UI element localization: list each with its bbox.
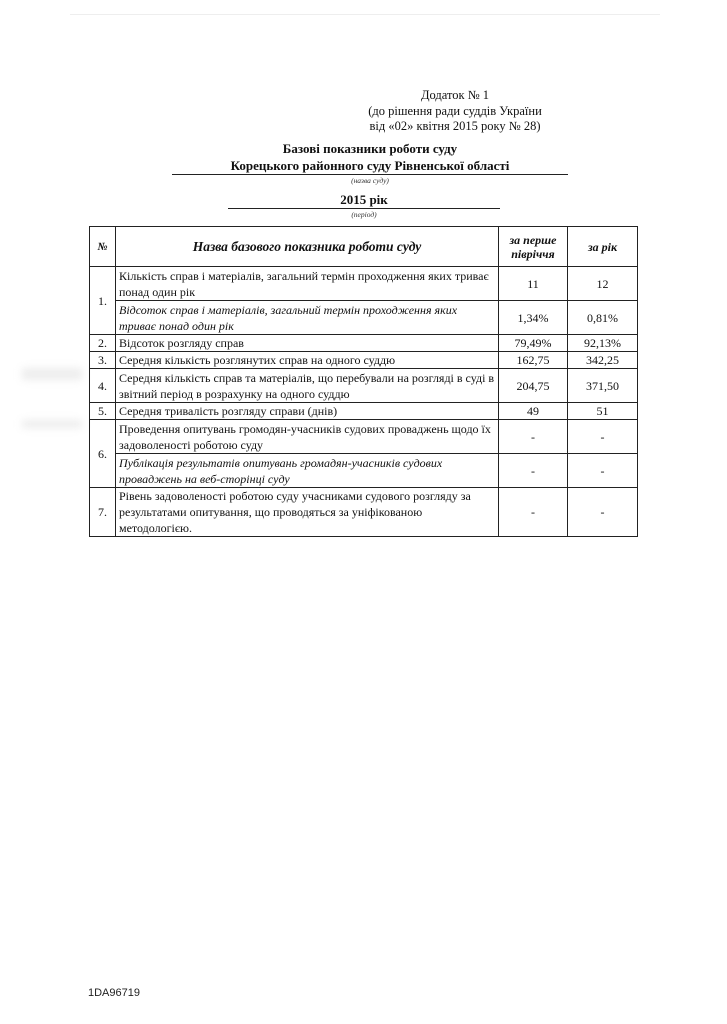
indicator-name: Проведення опитувань громодян-учасників … bbox=[116, 420, 499, 454]
indicator-name: Відсоток розгляду справ bbox=[116, 335, 499, 352]
year-value: - bbox=[568, 454, 638, 488]
court-name-underline bbox=[172, 174, 568, 175]
row-number: 6. bbox=[90, 420, 116, 488]
annex-reference: (до рішення ради суддів України bbox=[340, 104, 570, 120]
table-row: 2. Відсоток розгляду справ 79,49% 92,13% bbox=[90, 335, 638, 352]
half-year-value: - bbox=[499, 420, 568, 454]
indicator-name: Середня тривалість розгляду справи (днів… bbox=[116, 403, 499, 420]
half-year-value: 79,49% bbox=[499, 335, 568, 352]
table-row: Відсоток справ і матеріалів, загальний т… bbox=[90, 301, 638, 335]
row-number: 1. bbox=[90, 267, 116, 335]
half-year-value: 1,34% bbox=[499, 301, 568, 335]
row-number: 2. bbox=[90, 335, 116, 352]
year-value: 51 bbox=[568, 403, 638, 420]
indicator-name: Середня кількість справ та матеріалів, щ… bbox=[116, 369, 499, 403]
table-row: 4. Середня кількість справ та матеріалів… bbox=[90, 369, 638, 403]
year-value: 12 bbox=[568, 267, 638, 301]
period-title: 2015 рік bbox=[228, 192, 500, 208]
row-number: 7. bbox=[90, 488, 116, 537]
annex-date: від «02» квітня 2015 року № 28) bbox=[340, 119, 570, 135]
scan-edge-line bbox=[70, 14, 660, 15]
half-year-value: - bbox=[499, 488, 568, 537]
table-row: Публікація результатів опитувань громадя… bbox=[90, 454, 638, 488]
table-row: 7. Рівень задоволеності роботою суду уча… bbox=[90, 488, 638, 537]
table-row: 1. Кількість справ і матеріалів, загальн… bbox=[90, 267, 638, 301]
period-underline bbox=[228, 208, 500, 209]
header-half-year: за перше півріччя bbox=[499, 227, 568, 267]
scan-smudge bbox=[22, 420, 82, 428]
annex-number: Додаток № 1 bbox=[340, 88, 570, 104]
half-year-value: 49 bbox=[499, 403, 568, 420]
indicators-table: № Назва базового показника роботи суду з… bbox=[89, 226, 638, 537]
year-value: - bbox=[568, 420, 638, 454]
year-value: 0,81% bbox=[568, 301, 638, 335]
year-value: 342,25 bbox=[568, 352, 638, 369]
row-number: 3. bbox=[90, 352, 116, 369]
header-number: № bbox=[90, 227, 116, 267]
annex-block: Додаток № 1 (до рішення ради суддів Укра… bbox=[340, 88, 570, 135]
table-row: 5. Середня тривалість розгляду справи (д… bbox=[90, 403, 638, 420]
indicator-name: Рівень задоволеності роботою суду учасни… bbox=[116, 488, 499, 537]
year-value: 371,50 bbox=[568, 369, 638, 403]
year-value: - bbox=[568, 488, 638, 537]
document-id: 1DA96719 bbox=[88, 987, 140, 999]
indicator-name: Відсоток справ і матеріалів, загальний т… bbox=[116, 301, 499, 335]
row-number: 5. bbox=[90, 403, 116, 420]
header-year: за рік bbox=[568, 227, 638, 267]
document-title: Базові показники роботи суду bbox=[160, 141, 580, 157]
period-caption: (період) bbox=[228, 210, 500, 219]
table-header-row: № Назва базового показника роботи суду з… bbox=[90, 227, 638, 267]
table-row: 3. Середня кількість розглянутих справ н… bbox=[90, 352, 638, 369]
year-value: 92,13% bbox=[568, 335, 638, 352]
indicator-name: Середня кількість розглянутих справ на о… bbox=[116, 352, 499, 369]
half-year-value: - bbox=[499, 454, 568, 488]
indicator-name: Публікація результатів опитувань громадя… bbox=[116, 454, 499, 488]
half-year-value: 204,75 bbox=[499, 369, 568, 403]
scan-smudge bbox=[22, 368, 82, 380]
row-number: 4. bbox=[90, 369, 116, 403]
table-row: 6. Проведення опитувань громодян-учасник… bbox=[90, 420, 638, 454]
indicator-name: Кількість справ і матеріалів, загальний … bbox=[116, 267, 499, 301]
half-year-value: 162,75 bbox=[499, 352, 568, 369]
court-name-caption: (назва суду) bbox=[172, 176, 568, 185]
court-name: Корецького районного суду Рівненської об… bbox=[160, 158, 580, 174]
half-year-value: 11 bbox=[499, 267, 568, 301]
header-indicator-name: Назва базового показника роботи суду bbox=[116, 227, 499, 267]
